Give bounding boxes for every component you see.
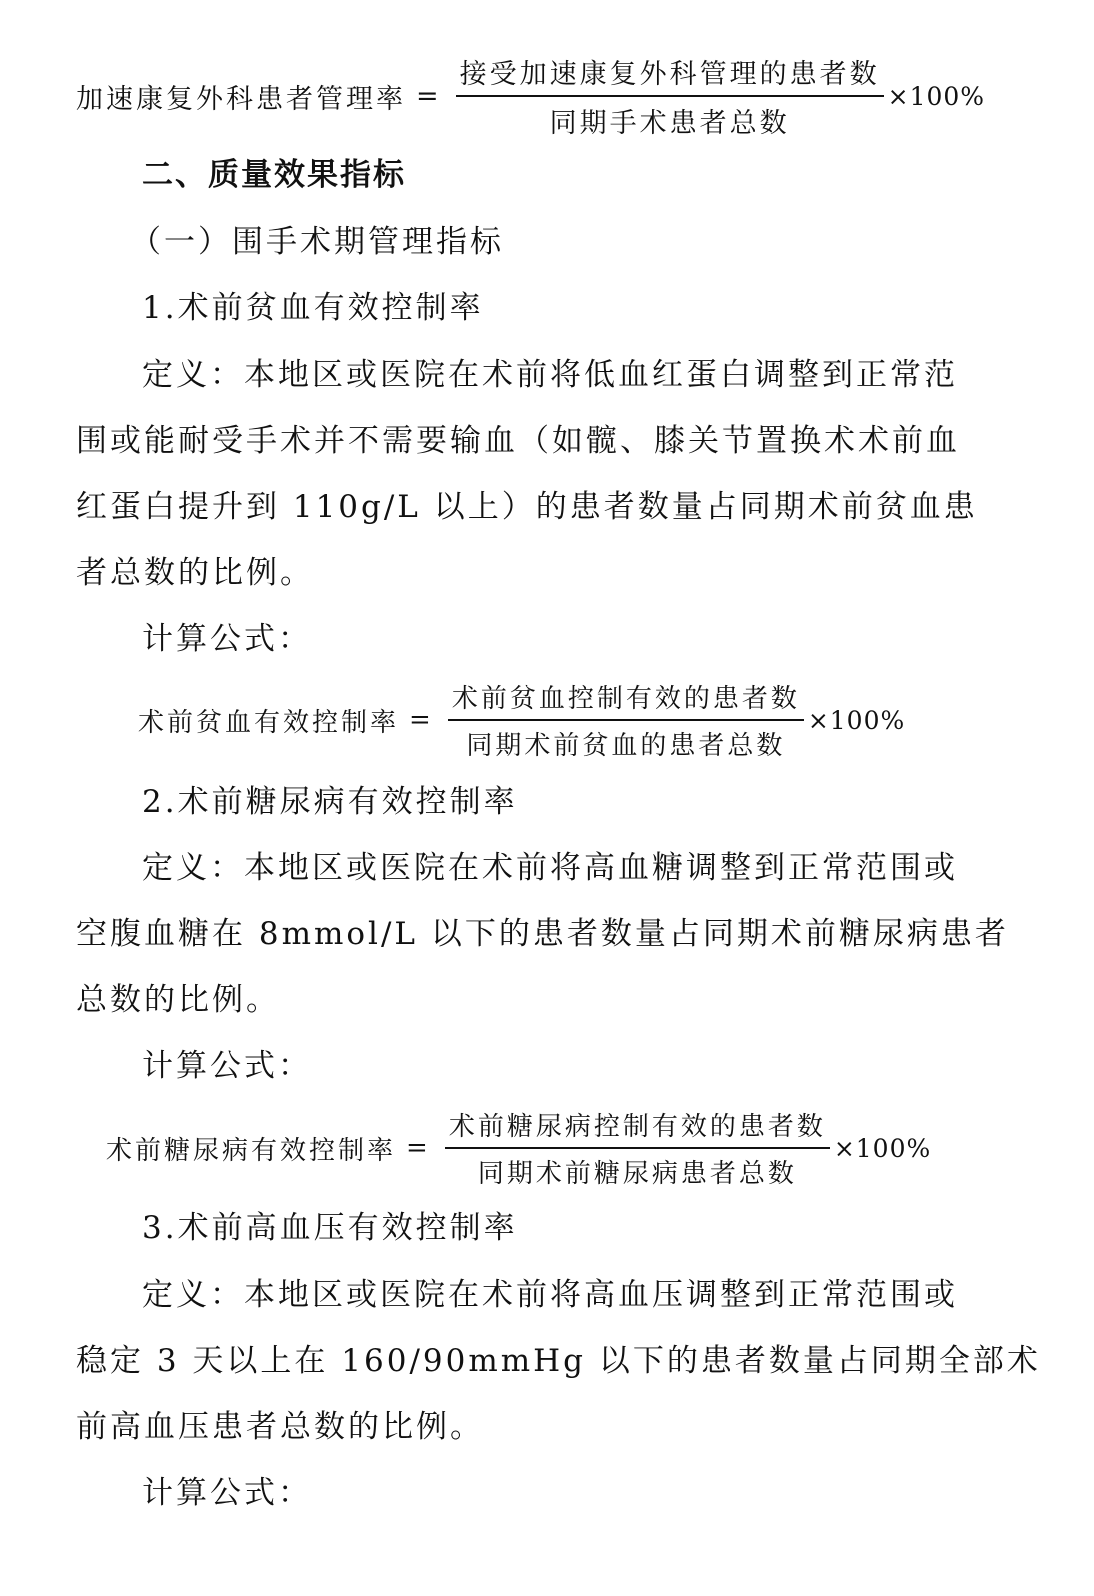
definition-line: 定义：本地区或医院在术前将高血压调整到正常范围或 — [142, 1275, 958, 1315]
item-title: 2.术前糖尿病有效控制率 — [142, 782, 518, 822]
definition-line: 定义：本地区或医院在术前将低血红蛋白调整到正常范 — [142, 355, 958, 395]
formula-label: 计算公式： — [142, 1046, 312, 1086]
multiplier: ×100% — [834, 1134, 931, 1163]
section-heading: 二、质量效果指标 — [142, 155, 406, 195]
fraction: 术前贫血控制有效的患者数 同期术前贫血的患者总数 — [448, 678, 804, 762]
formula-lhs: 术前糖尿病有效控制率 — [106, 1130, 396, 1167]
numerator: 术前糖尿病控制有效的患者数 — [445, 1106, 830, 1149]
definition-line: 者总数的比例。 — [76, 553, 314, 593]
fraction: 接受加速康复外科管理的患者数 同期手术患者总数 — [456, 52, 884, 140]
numerator: 术前贫血控制有效的患者数 — [448, 678, 804, 721]
definition-line: 围或能耐受手术并不需要输血（如髋、膝关节置换术术前血 — [76, 421, 960, 461]
definition-line: 前高血压患者总数的比例。 — [76, 1407, 484, 1447]
formula-diabetes-control-rate: 术前糖尿病有效控制率 = 术前糖尿病控制有效的患者数 同期术前糖尿病患者总数 ×… — [106, 1106, 931, 1190]
denominator: 同期手术患者总数 — [546, 97, 794, 140]
denominator: 同期术前贫血的患者总数 — [462, 721, 789, 762]
multiplier: ×100% — [808, 706, 905, 735]
formula-anemia-control-rate: 术前贫血有效控制率 = 术前贫血控制有效的患者数 同期术前贫血的患者总数 ×10… — [138, 678, 905, 762]
definition-line: 总数的比例。 — [76, 980, 280, 1020]
formula-label: 计算公式： — [142, 619, 312, 659]
definition-line: 红蛋白提升到 110g/L 以上）的患者数量占同期术前贫血患 — [76, 487, 978, 527]
formula-label: 计算公式： — [142, 1473, 312, 1513]
fraction: 术前糖尿病控制有效的患者数 同期术前糖尿病患者总数 — [445, 1106, 830, 1190]
definition-line: 稳定 3 天以上在 160/90mmHg 以下的患者数量占同期全部术 — [76, 1341, 1041, 1381]
equals-sign: = — [416, 81, 442, 112]
denominator: 同期术前糖尿病患者总数 — [474, 1149, 801, 1190]
numerator: 接受加速康复外科管理的患者数 — [456, 52, 884, 97]
formula-lhs: 加速康复外科患者管理率 — [76, 77, 406, 116]
equals-sign: = — [406, 1133, 431, 1163]
multiplier: ×100% — [888, 82, 985, 111]
definition-line: 定义：本地区或医院在术前将高血糖调整到正常范围或 — [142, 848, 958, 888]
subsection-heading: （一）围手术期管理指标 — [130, 222, 504, 262]
item-title: 1.术前贫血有效控制率 — [142, 288, 484, 328]
equals-sign: = — [409, 705, 434, 735]
definition-line: 空腹血糖在 8mmol/L 以下的患者数量占同期术前糖尿病患者 — [76, 914, 1009, 954]
formula-lhs: 术前贫血有效控制率 — [138, 702, 399, 739]
formula-erас-management-rate: 加速康复外科患者管理率 = 接受加速康复外科管理的患者数 同期手术患者总数 ×1… — [76, 52, 985, 140]
item-title: 3.术前高血压有效控制率 — [142, 1208, 518, 1248]
